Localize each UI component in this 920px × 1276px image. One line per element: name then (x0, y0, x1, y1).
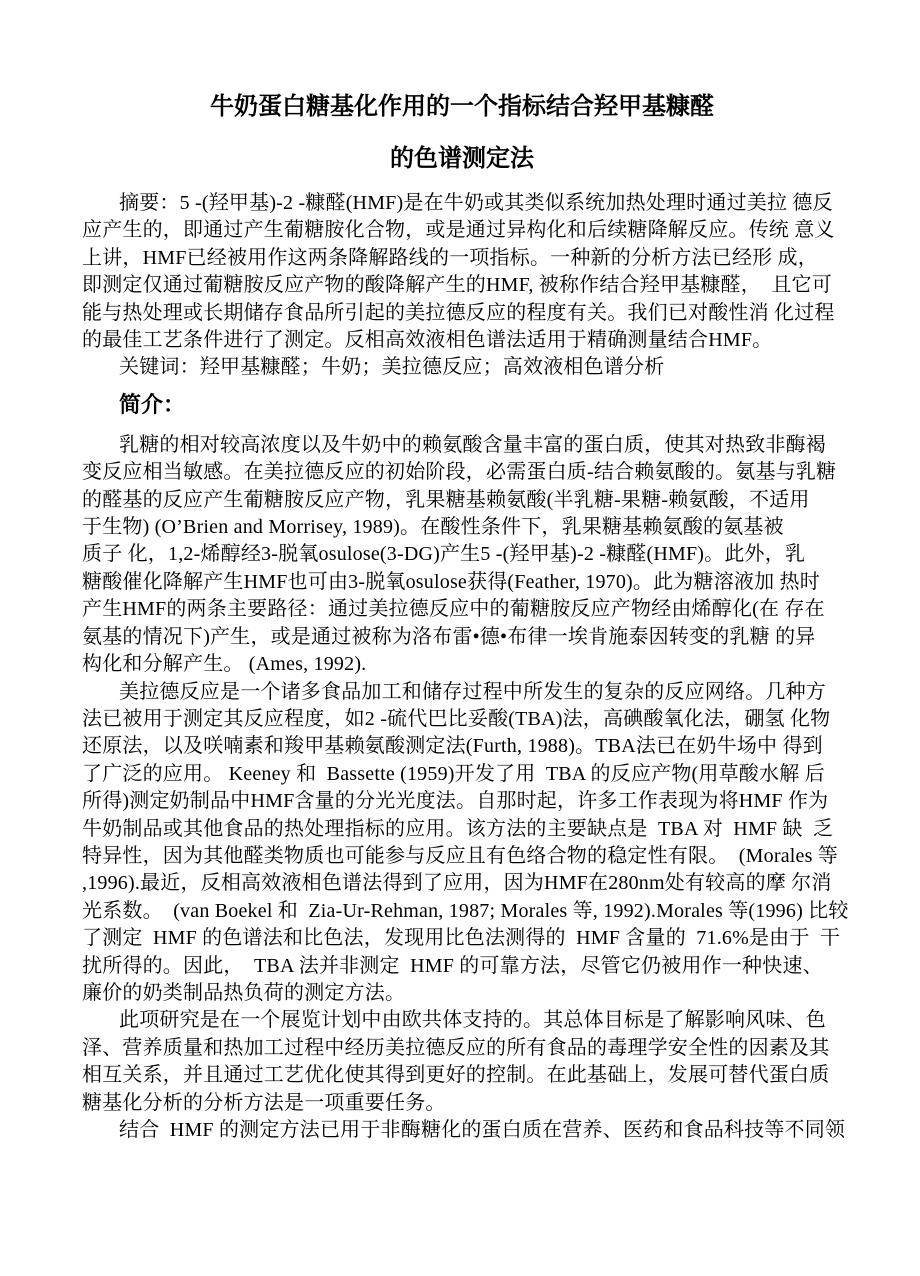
body-line: 法已被用于测定其反应程度，如2 -硫代巴比妥酸(TBA)法，高碘酸氧化法，硼氢 … (82, 706, 842, 733)
body-line: 光系数。 (van Boekel 和 Zia-Ur-Rehman, 1987; … (82, 898, 842, 925)
body-line: 结合 HMF 的测定方法已用于非酶糖化的蛋白质在营养、医药和食品科技等不同领 (82, 1117, 842, 1144)
body-line: 质子 化，1,2-烯醇经3-脱氧osulose(3-DG)产生5 -(羟甲基)-… (82, 541, 842, 568)
body-line: 乳糖的相对较高浓度以及牛奶中的赖氨酸含量丰富的蛋白质，使其对热致非酶褐 (82, 432, 842, 459)
body-line: 还原法，以及咲喃素和羧甲基赖氨酸测定法(Furth, 1988)。TBA法已在奶… (82, 733, 842, 760)
keywords-line: 关键词：羟甲基糠醛；牛奶；美拉德反应；高效液相色谱分析 (82, 354, 842, 381)
body-line: 泽、营养质量和热加工过程中经历美拉德反应的所有食品的毒理学安全性的因素及其 (82, 1035, 842, 1062)
body-line: 牛奶制品或其他食品的热处理指标的应用。该方法的主要缺点是 TBA 对 HMF 缺… (82, 816, 842, 843)
body-line: 了广泛的应用。 Keeney 和 Bassette (1959)开发了用 TBA… (82, 761, 842, 788)
body-line: ,1996).最近，反相高效液相色谱法得到了应用，因为HMF在280nm处有较高… (82, 870, 842, 897)
abstract-line: 摘要：5 -(羟甲基)-2 -糠醛(HMF)是在牛奶或其类似系统加热处理时通过美… (82, 190, 842, 217)
abstract-line: 的最佳工艺条件进行了测定。反相高效液相色谱法适用于精确测量结合HMF。 (82, 327, 842, 354)
document-body: 摘要：5 -(羟甲基)-2 -糠醛(HMF)是在牛奶或其类似系统加热处理时通过美… (82, 190, 842, 1144)
document-content: 牛奶蛋白糖基化作用的一个指标结合羟甲基糠醛 的色谱测定法 摘要：5 -(羟甲基)… (0, 0, 920, 1144)
body-line: 的醛基的反应产生葡糖胺反应产物，乳果糖基赖氨酸(半乳糖-果糖-赖氨酸，不适用 (82, 487, 842, 514)
body-line: 变反应相当敏感。在美拉德反应的初始阶段，必需蛋白质-结合赖氨酸的。氨基与乳糖 (82, 459, 842, 486)
abstract-line: 能与热处理或长期储存食品所引起的美拉德反应的程度有关。我们已对酸性消 化过程 (82, 300, 842, 327)
document-title: 牛奶蛋白糖基化作用的一个指标结合羟甲基糠醛 的色谱测定法 (82, 0, 842, 174)
body-line: 此项研究是在一个展览计划中由欧共体支持的。其总体目标是了解影响风味、色 (82, 1007, 842, 1034)
body-line: 氨基的情况下)产生，或是通过被称为洛布雷•德•布律一埃肯施泰因转变的乳糖 的异 (82, 624, 842, 651)
body-line: 了测定 HMF 的色谱法和比色法，发现用比色法测得的 HMF 含量的 71.6%… (82, 925, 842, 952)
intro-heading: 简介： (82, 392, 842, 418)
abstract-line: 即测定仅通过葡糖胺反应产物的酸降解产生的HMF, 被称作结合羟甲基糠醛， 且它可 (82, 272, 842, 299)
body-line: 特异性，因为其他醛类物质也可能参与反应且有色络合物的稳定性有限。 (Morale… (82, 843, 842, 870)
body-line: 廉价的奶类制品热负荷的测定方法。 (82, 980, 842, 1007)
body-line: 糖基化分析的分析方法是一项重要任务。 (82, 1090, 842, 1117)
page: 牛奶蛋白糖基化作用的一个指标结合羟甲基糠醛 的色谱测定法 摘要：5 -(羟甲基)… (0, 0, 920, 1276)
abstract-line: 应产生的，即通过产生葡糖胺化合物，或是通过异构化和后续糖降解反应。传统 意义 (82, 217, 842, 244)
title-line-1: 牛奶蛋白糖基化作用的一个指标结合羟甲基糠醛 (82, 92, 842, 122)
body-line: 糖酸催化降解产生HMF也可由3-脱氧osulose获得(Feather, 197… (82, 569, 842, 596)
body-line: 相互关系，并且通过工艺优化使其得到更好的控制。在此基础上，发展可替代蛋白质 (82, 1062, 842, 1089)
body-line: 产生HMF的两条主要路径：通过美拉德反应中的葡糖胺反应产物经由烯醇化(在 存在 (82, 596, 842, 623)
body-line: 于生物) (O’Brien and Morrisey, 1989)。在酸性条件下… (82, 514, 842, 541)
abstract-line: 上讲，HMF已经被用作这两条降解路线的一项指标。一种新的分析方法已经形 成， (82, 245, 842, 272)
body-line: 扰所得的。因此， TBA 法并非测定 HMF 的可靠方法，尽管它仍被用作一种快速… (82, 953, 842, 980)
body-line: 所得)测定奶制品中HMF含量的分光光度法。自那时起，许多工作表现为将HMF 作为 (82, 788, 842, 815)
body-line: 美拉德反应是一个诸多食品加工和储存过程中所发生的复杂的反应网络。几种方 (82, 679, 842, 706)
body-line: 构化和分解产生。 (Ames, 1992). (82, 651, 842, 678)
title-line-2: 的色谱测定法 (82, 144, 842, 174)
